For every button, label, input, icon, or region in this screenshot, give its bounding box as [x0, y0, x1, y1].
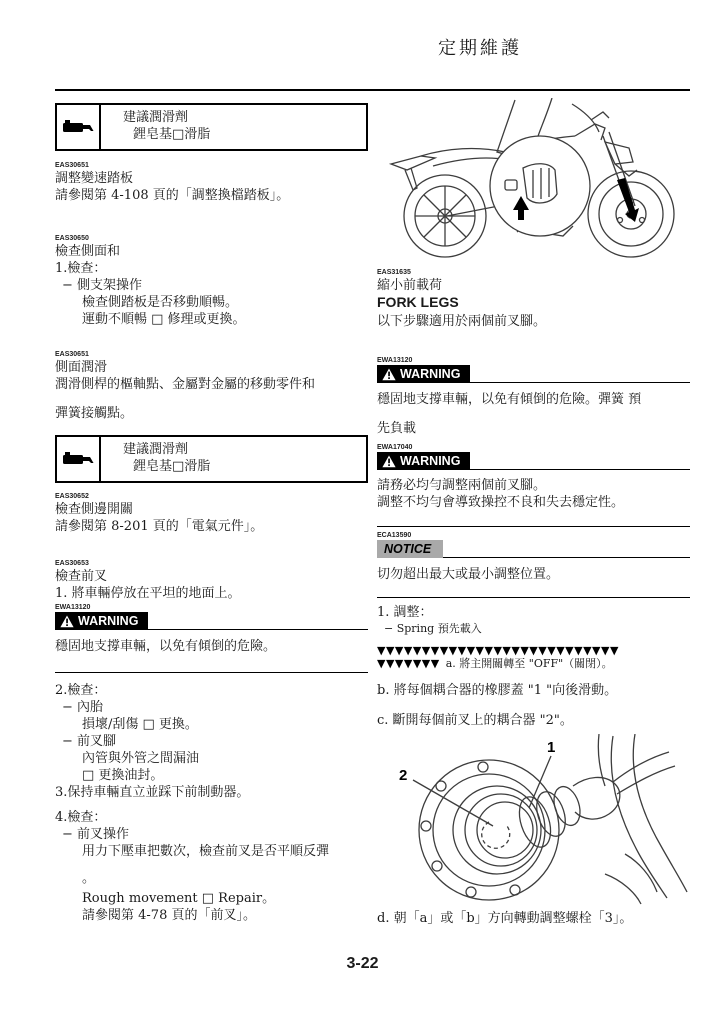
page-title: 定期維護: [438, 34, 522, 60]
triangle-separator: ▼▼▼▼▼▼▼: [377, 658, 440, 669]
callout-1: 1: [547, 739, 555, 756]
warning-badge: WARNING: [377, 365, 690, 383]
body-line: 內管與外管之間漏油: [55, 750, 368, 767]
body-line: □ 更換油封。: [55, 767, 368, 784]
lubricant-value: 鋰皂基□滑脂: [123, 126, 210, 143]
body-line: 4.檢查：: [55, 809, 368, 826]
divider: [377, 597, 690, 598]
warning-label: WARNING: [400, 367, 460, 381]
step-b: b. 將每個耦合器的橡膠蓋 "1 "向後滑動。: [377, 682, 690, 699]
body-line: 請參閱第 4-108 頁的「調整換檔踏板」。: [55, 187, 368, 204]
left-column: 建議潤滑劑 鋰皂基□滑脂 EAS30651 調整變速踏板 請參閱第 4-108 …: [55, 103, 368, 924]
body-line: 運動不順暢 □ 修理或更換。: [55, 311, 368, 328]
section-code: EWA13120: [377, 356, 690, 365]
divider: [55, 672, 368, 673]
section-code: EAS30651: [55, 161, 368, 170]
step-c: c. 斷開每個前叉上的耦合器 "2"。: [377, 712, 690, 729]
body-line: 彈簧接觸點。: [55, 405, 368, 422]
page-number: 3-22: [0, 955, 725, 973]
right-column: EAS31635 縮小前載荷 FORK LEGS 以下步驟適用於兩個前叉腳。 E…: [377, 98, 690, 927]
body-line: − 前叉操作: [55, 826, 368, 843]
header-rule: [55, 89, 690, 91]
lubricant-title: 建議潤滑劑: [123, 109, 210, 126]
warning-text: 請務必均勻調整兩個前叉腳。: [377, 477, 690, 494]
lubricant-box-2: 建議潤滑劑 鋰皂基□滑脂: [55, 435, 368, 483]
section-code: EAS31635: [377, 268, 690, 277]
section-code: EWA13120: [55, 603, 368, 612]
body-line: 請參閱第 8-201 頁的「電氣元件」。: [55, 518, 368, 535]
body-line: 縮小前載荷: [377, 277, 690, 294]
motorcycle-illustration: [377, 98, 690, 263]
body-line: 損壞/刮傷 □ 更換。: [55, 716, 368, 733]
section-code: EWA17040: [377, 443, 690, 452]
step-a: a. 將主開關轉至 "OFF"（關閉）。: [446, 656, 613, 671]
body-line: 1. 調整：: [377, 604, 690, 621]
section-code: EAS30653: [55, 559, 368, 568]
fork-coupler-illustration: 2 1: [377, 734, 690, 906]
warning-badge: WARNING: [55, 612, 368, 630]
lubricant-title: 建議潤滑劑: [123, 441, 210, 458]
warning-triangle-icon: [60, 615, 74, 628]
section-code: EAS30650: [55, 234, 368, 243]
step-d: d. 朝「a」或「b」方向轉動調整螺栓「3」。: [377, 910, 690, 927]
notice-badge: NOTICE: [377, 540, 690, 558]
body-line: 1.檢查：: [55, 260, 368, 277]
body-line: − Spring 預先載入: [377, 621, 690, 636]
section-code: EAS30651: [55, 350, 368, 359]
body-line: − 前叉腳: [55, 733, 368, 750]
section-heading: 檢查前叉: [55, 568, 368, 585]
lubricant-value: 鋰皂基□滑脂: [123, 458, 210, 475]
warning-label: WARNING: [400, 454, 460, 468]
body-line: − 內胎: [55, 699, 368, 716]
warning-text: 調整不均勻會導致操控不良和失去穩定性。: [377, 494, 690, 511]
body-line: 1. 將車輛停放在平坦的地面上。: [55, 585, 368, 602]
grease-gun-icon: [57, 437, 101, 481]
lubricant-box-1: 建議潤滑劑 鋰皂基□滑脂: [55, 103, 368, 151]
divider: [377, 526, 690, 527]
triangle-separator: ▼▼▼▼▼▼▼▼▼▼▼▼▼▼▼▼▼▼▼▼▼▼▼▼▼▼▼: [377, 645, 690, 656]
warning-triangle-icon: [382, 368, 396, 381]
warning-text: 先負載: [377, 420, 690, 437]
section-heading: 檢查側邊開關: [55, 501, 368, 518]
warning-badge: WARNING: [377, 452, 690, 470]
body-line: Rough movement □ Repair。: [55, 890, 368, 907]
body-line: 2.檢查：: [55, 682, 368, 699]
section-heading: FORK LEGS: [377, 294, 690, 311]
body-line: 用力下壓車把數次，檢查前叉是否平順反彈: [55, 843, 368, 860]
grease-gun-icon: [57, 105, 101, 149]
section-code: EAS30652: [55, 492, 368, 501]
manual-page: 定期維護 建議潤滑劑 鋰皂基□滑脂 EAS30651 調整變速踏板 請參閱第 4…: [0, 0, 725, 1034]
notice-text: 切勿超出最大或最小調整位置。: [377, 566, 690, 583]
body-line: 3.保持車輛直立並踩下前制動器。: [55, 784, 368, 801]
body-line: 潤滑側桿的樞軸點、金屬對金屬的移動零件和: [55, 376, 368, 393]
section-code: ECA13590: [377, 531, 690, 540]
warning-text: 穩固地支撐車輛，以免有傾倒的危險。彈簧 預: [377, 391, 690, 408]
warning-triangle-icon: [382, 455, 396, 468]
body-line: 檢查側踏板是否移動順暢。: [55, 294, 368, 311]
body-line: − 側支架操作: [55, 277, 368, 294]
body-line: 請參閱第 4-78 頁的「前叉」。: [55, 907, 368, 924]
section-heading: 檢查側面和: [55, 243, 368, 260]
notice-label: NOTICE: [384, 542, 431, 556]
section-heading: 側面潤滑: [55, 359, 368, 376]
warning-label: WARNING: [78, 614, 138, 628]
section-heading: 調整變速踏板: [55, 170, 368, 187]
body-line: 。: [55, 870, 368, 887]
warning-text: 穩固地支撐車輛，以免有傾倒的危險。: [55, 638, 368, 655]
callout-2: 2: [399, 767, 407, 784]
body-line: 以下步驟適用於兩個前叉腳。: [377, 313, 690, 330]
